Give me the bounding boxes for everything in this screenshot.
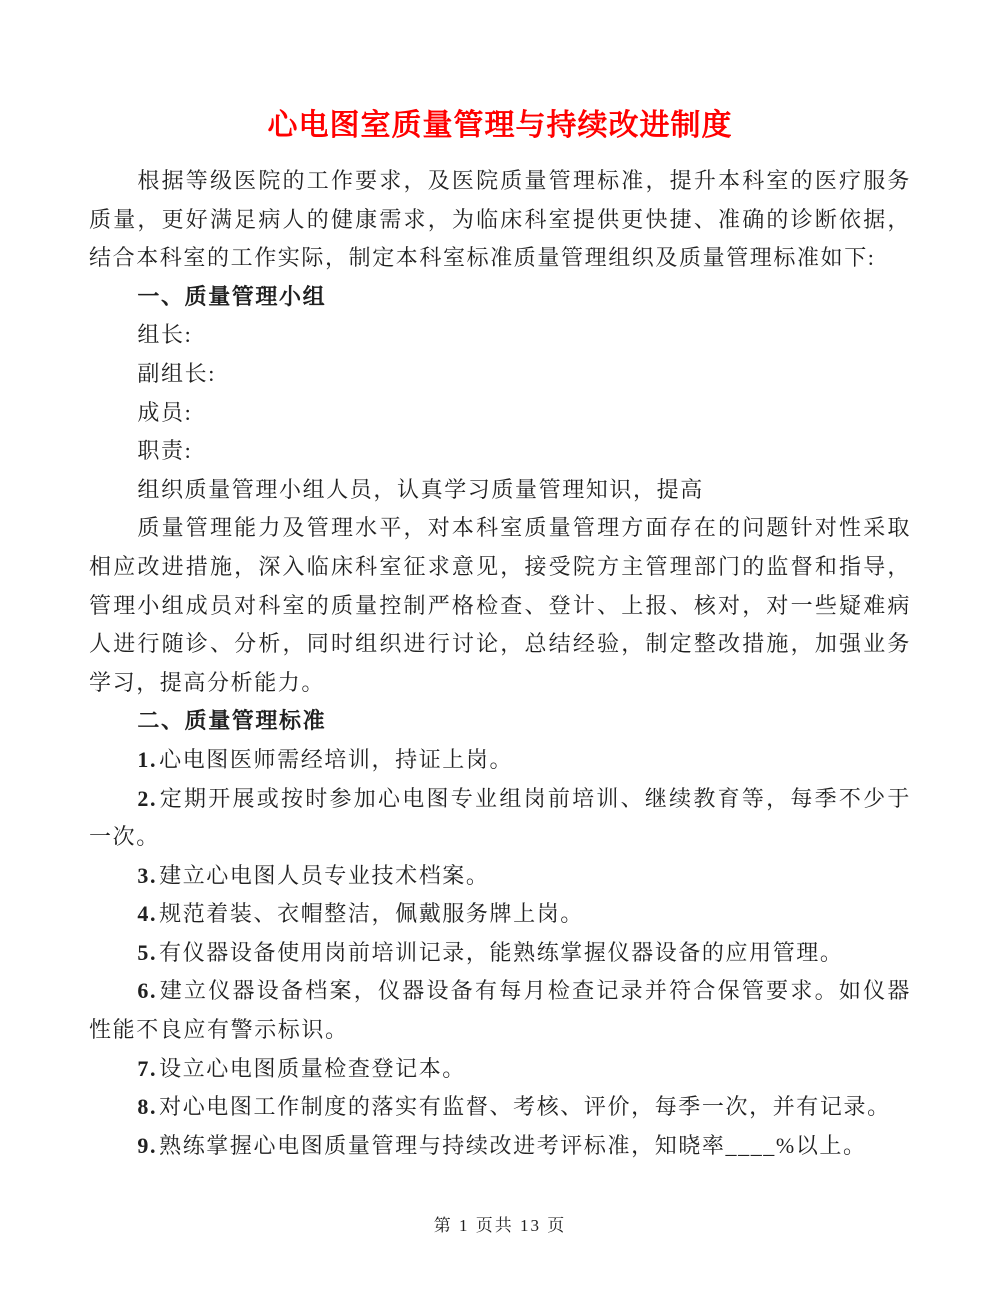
paragraph: 职责: [89,432,911,471]
section-heading: 二、质量管理标准 [89,702,911,741]
paragraph: 5.有仪器设备使用岗前培训记录，能熟练掌握仪器设备的应用管理。 [89,934,911,973]
paragraph: 7.设立心电图质量检查登记本。 [89,1050,911,1089]
page-number: 第 1 页共 13 页 [434,1216,567,1235]
item-number: 5. [137,940,157,965]
paragraph: 质量管理能力及管理水平，对本科室质量管理方面存在的问题针对性采取相应改进措施，深… [89,509,911,702]
document-content: 心电图室质量管理与持续改进制度 根据等级医院的工作要求，及医院质量管理标准，提升… [89,104,911,1165]
item-number: 1. [137,747,157,772]
paragraph: 6.建立仪器设备档案，仪器设备有每月检查记录并符合保管要求。如仪器性能不良应有警… [89,972,911,1049]
document-title: 心电图室质量管理与持续改进制度 [89,104,911,148]
section-heading: 一、质量管理小组 [89,278,911,317]
paragraph: 4.规范着装、衣帽整洁，佩戴服务牌上岗。 [89,895,911,934]
paragraph: 2.定期开展或按时参加心电图专业组岗前培训、继续教育等，每季不少于一次。 [89,780,911,857]
document-body: 根据等级医院的工作要求，及医院质量管理标准，提升本科室的医疗服务质量，更好满足病… [89,162,911,1165]
item-number: 6. [137,978,157,1003]
item-number: 4. [137,901,157,926]
document-page: 心电图室质量管理与持续改进制度 根据等级医院的工作要求，及医院质量管理标准，提升… [0,0,1000,1294]
item-number: 9. [137,1133,157,1158]
paragraph: 根据等级医院的工作要求，及医院质量管理标准，提升本科室的医疗服务质量，更好满足病… [89,162,911,278]
paragraph: 成员: [89,394,911,433]
item-number: 8. [137,1094,157,1119]
paragraph: 副组长: [89,355,911,394]
item-number: 7. [137,1056,157,1081]
paragraph: 8.对心电图工作制度的落实有监督、考核、评价，每季一次，并有记录。 [89,1088,911,1127]
item-number: 3. [137,863,157,888]
paragraph: 3.建立心电图人员专业技术档案。 [89,857,911,896]
page-footer: 第 1 页共 13 页 [0,1211,1000,1236]
paragraph: 9.熟练掌握心电图质量管理与持续改进考评标准，知晓率____%以上。 [89,1127,911,1166]
paragraph: 组长: [89,316,911,355]
paragraph: 1.心电图医师需经培训，持证上岗。 [89,741,911,780]
paragraph: 组织质量管理小组人员，认真学习质量管理知识，提高 [89,471,911,510]
item-number: 2. [137,786,157,811]
